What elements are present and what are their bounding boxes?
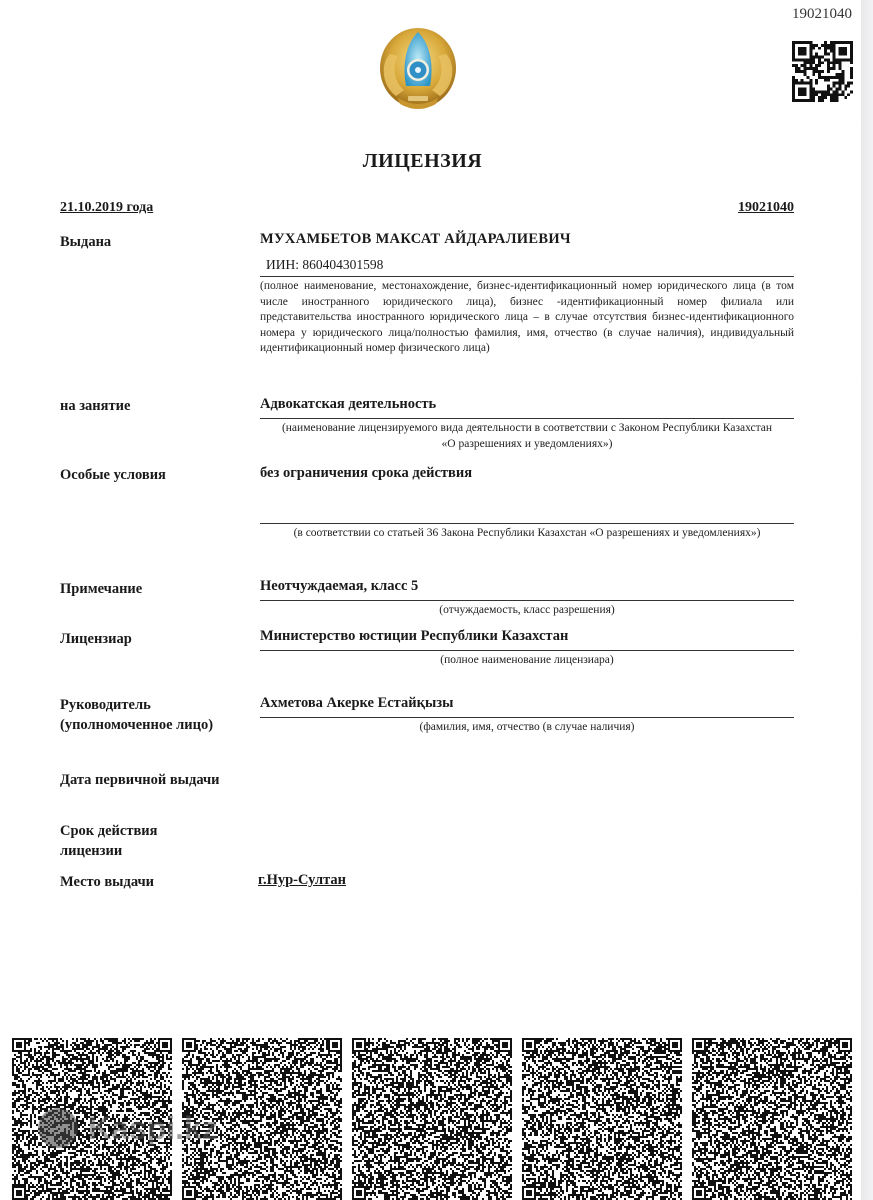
document-title: ЛИЦЕНЗИЯ [0, 150, 845, 173]
licensor-label: Лицензиар [60, 629, 132, 649]
page-edge-shadow [861, 0, 873, 1200]
head-label-line1: Руководитель [60, 695, 213, 715]
activity-rule [260, 418, 794, 419]
iin-value: ИИН: 860404301598 [266, 257, 383, 273]
activity-value: Адвокатская деятельность [260, 396, 436, 413]
note-value: Неотчуждаемая, класс 5 [260, 578, 418, 595]
head-label: Руководитель (уполномоченное лицо) [60, 695, 213, 735]
head-value: Ахметова Акерке Естайқызы [260, 695, 453, 712]
special-conditions-label: Особые условия [60, 465, 166, 485]
licensor-value: Министерство юстиции Республики Казахста… [260, 628, 568, 645]
licensor-hint: (полное наименование лицензиара) [260, 653, 794, 669]
special-conditions-value: без ограничения срока действия [260, 465, 472, 482]
note-hint: (отчуждаемость, класс разрешения) [260, 603, 794, 619]
validity-label-line1: Срок действия [60, 821, 157, 841]
state-emblem-icon [376, 24, 460, 114]
note-label: Примечание [60, 579, 142, 599]
watermark-text: Kaspi.kz [88, 1110, 218, 1147]
issue-date: 21.10.2019 года [60, 200, 153, 216]
activity-hint: (наименование лицензируемого вида деятел… [260, 421, 794, 452]
head-label-line2: (уполномоченное лицо) [60, 715, 213, 735]
licensor-rule [260, 650, 794, 651]
place-of-issue-label: Место выдачи [60, 872, 154, 892]
head-hint: (фамилия, имя, отчество (в случае наличи… [260, 720, 794, 736]
watermark: Kaspi.kz [38, 1108, 218, 1148]
issued-to-hint: (полное наименование, местонахождение, б… [260, 279, 794, 357]
special-conditions-hint: (в соответствии со статьей 36 Закона Рес… [260, 526, 794, 542]
license-number: 19021040 [700, 200, 794, 216]
validity-label-line2: лицензии [60, 841, 157, 861]
validity-label: Срок действия лицензии [60, 821, 157, 861]
qr-code-icon[interactable] [792, 41, 853, 102]
first-issue-date-label: Дата первичной выдачи [60, 770, 220, 790]
top-document-number: 19021040 [760, 6, 852, 23]
issued-to-label: Выдана [60, 232, 111, 252]
note-rule [260, 600, 794, 601]
head-rule [260, 717, 794, 718]
activity-label: на занятие [60, 396, 130, 416]
place-of-issue-value: г.Нур-Султан [258, 872, 346, 889]
watermark-logo-icon [38, 1108, 78, 1148]
issued-to-value: МУХАМБЕТОВ МАКСАТ АЙДАРАЛИЕВИЧ [260, 231, 571, 248]
issued-to-rule [260, 276, 794, 277]
special-conditions-rule [260, 523, 794, 524]
